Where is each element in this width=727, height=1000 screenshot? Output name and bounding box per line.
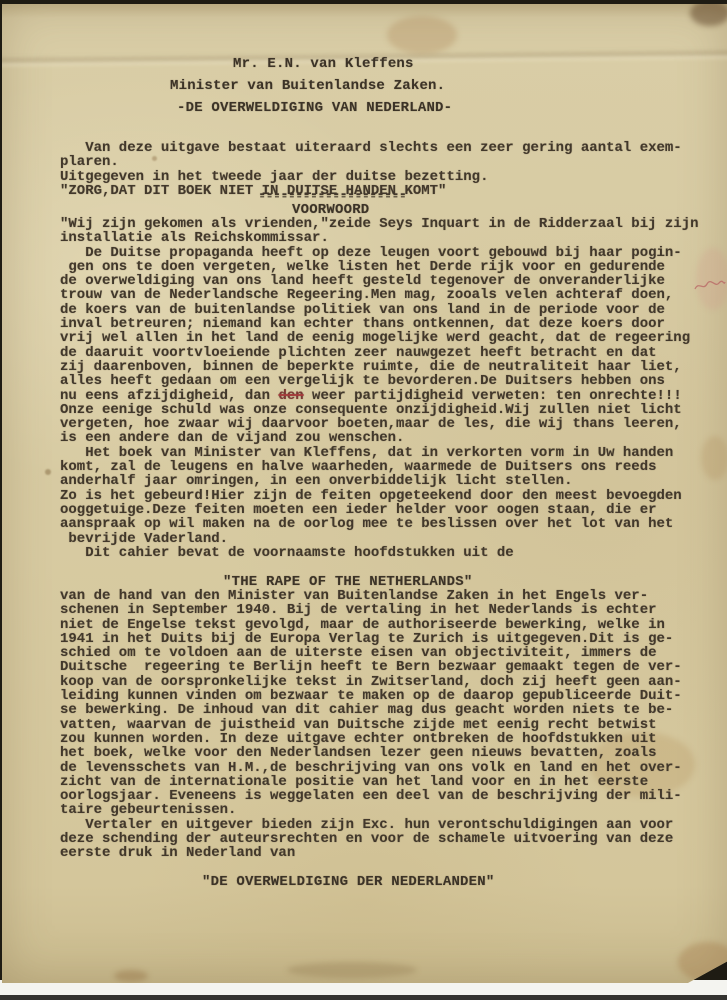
typed-line: bevrijde Vaderland.	[60, 532, 699, 546]
typed-line: Onze eenige schuld was onze consequente …	[60, 403, 699, 417]
author-role: Minister van Buitenlandse Zaken.	[170, 79, 445, 93]
scanned-document: Mr. E.N. van Kleffens Minister van Buite…	[0, 0, 727, 1000]
typed-line: aanspraak op wil maken na de oorlog mee …	[60, 517, 699, 531]
paper-stain	[287, 962, 417, 978]
document-page: Mr. E.N. van Kleffens Minister van Buite…	[2, 4, 727, 983]
typed-line: anderhalf jaar omringen, in een onverbid…	[60, 474, 699, 488]
paper-stain	[678, 942, 727, 982]
typed-line: se bewerking. De inhoud van dit cahier m…	[60, 703, 682, 717]
paper-speck	[45, 469, 51, 475]
typed-line: de daaruit voortvloeiende plichten zeer …	[60, 346, 699, 360]
typed-line: installatie als Reichskommissar.	[60, 231, 699, 245]
typed-line: De Duitse propaganda heeft op deze leuge…	[60, 246, 699, 260]
typed-line: zicht van de internationale positie van …	[60, 775, 682, 789]
paper-stain	[114, 970, 148, 982]
typed-line: alles heeft gedaan om een vergelijk te b…	[60, 374, 699, 388]
red-pencil-annotation	[694, 278, 726, 294]
paper-stain	[387, 16, 457, 54]
typed-line: trouw van de Nederlandsche Regeering.Men…	[60, 288, 699, 302]
document-title: -DE OVERWELDIGING VAN NEDERLAND-	[177, 101, 452, 115]
typed-line: Het boek van Minister van Kleffens, dat …	[60, 446, 699, 460]
typed-line: de levensschets van H.M.,de beschrijving…	[60, 761, 682, 775]
typed-line-with-strikethrough: nu eens afzijdigheid, dan den weer parti…	[60, 389, 699, 403]
typed-line: vatten, waarvan de juistheid van Duitsch…	[60, 718, 682, 732]
typed-line: eerste druk in Nederland van	[60, 846, 682, 860]
typed-line: schenen in September 1940. Bij de vertal…	[60, 603, 682, 617]
typed-line: taire gebeurtenissen.	[60, 803, 682, 817]
typed-line: plaren.	[60, 155, 682, 169]
typed-line: niet de Engelse tekst gevolgd, maar de a…	[60, 618, 682, 632]
typed-line: is een andere dan de vijand zou wenschen…	[60, 431, 699, 445]
typed-line: Uitgegeven in het tweede jaar der duitse…	[60, 170, 682, 184]
paper-stain	[701, 436, 727, 480]
typed-line: koop van de oorspronkelijke tekst in Zwi…	[60, 675, 682, 689]
paper-stain	[690, 0, 727, 26]
author-name: Mr. E.N. van Kleffens	[233, 57, 414, 71]
voorwoord-paragraph: "Wij zijn gekomen als vrienden,"zeide Se…	[60, 217, 699, 560]
scan-bottom-edge	[0, 995, 727, 1000]
typed-line: het boek, welke voor den Nederlandsen le…	[60, 746, 682, 760]
typed-line: Van deze uitgave bestaat uiteraard slech…	[60, 141, 682, 155]
typed-line: Duitsche regeering te Berlijn heeft te B…	[60, 660, 682, 674]
book-title-dutch: "DE OVERWELDIGING DER NEDERLANDEN"	[202, 875, 494, 889]
typed-divider: --------------------	[258, 188, 406, 202]
typed-line: Vertaler en uitgever bieden zijn Exc. hu…	[60, 818, 682, 832]
book-description-paragraph: van de hand van den Minister van Buitenl…	[60, 589, 682, 861]
typed-line: de koers van de buitenlandse politiek va…	[60, 303, 699, 317]
typed-line: Zo is het gebeurd!Hier zijn de feiten op…	[60, 489, 699, 503]
typed-line: vrij wel allen in het land de eenig moge…	[60, 331, 699, 345]
typed-line: Dit cahier bevat de voornaamste hoofdstu…	[60, 546, 699, 560]
